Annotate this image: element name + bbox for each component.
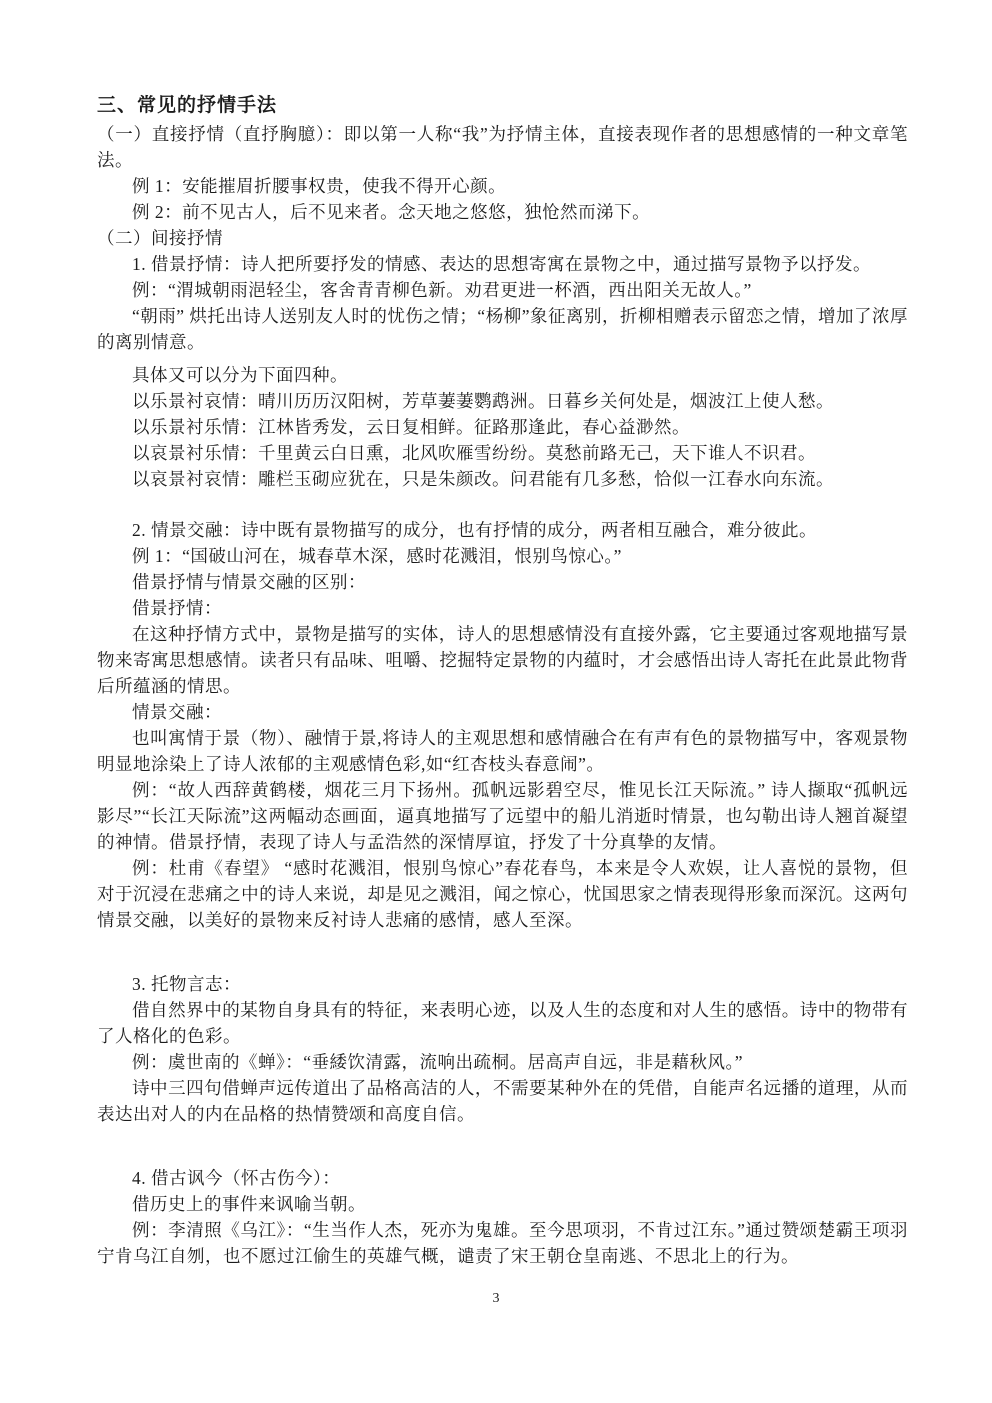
paragraph: 例 2：前不见古人，后不见来者。念天地之悠悠，独怆然而涕下。	[97, 199, 908, 225]
document-page: 三、常见的抒情手法（一）直接抒情（直抒胸臆）：即以第一人称“我”为抒情主体，直接…	[0, 0, 992, 1403]
paragraph: 也叫寓情于景（物）、融情于景,将诗人的主观思想和感情融合在有声有色的景物描写中，…	[97, 725, 908, 777]
spacer	[97, 355, 908, 362]
paragraph: “朝雨” 烘托出诗人送别友人时的忧伤之情；“杨柳”象征离别，折柳相赠表示留恋之情…	[97, 303, 908, 355]
paragraph: 例：杜甫《春望》 “感时花溅泪，恨别鸟惊心”春花春鸟，本来是令人欢娱，让人喜悦的…	[97, 855, 908, 933]
spacer	[97, 1127, 908, 1165]
paragraph: 例 1：安能摧眉折腰事权贵，使我不得开心颜。	[97, 173, 908, 199]
paragraph: 以乐景衬乐情：江林皆秀发，云日复相鲜。征路那逢此，春心益渺然。	[97, 414, 908, 440]
spacer	[97, 933, 908, 971]
paragraph: 具体又可以分为下面四种。	[97, 362, 908, 388]
paragraph: 例：“故人西辞黄鹤楼，烟花三月下扬州。孤帆远影碧空尽，惟见长江天际流。” 诗人撷…	[97, 777, 908, 855]
paragraph: 诗中三四句借蝉声远传道出了品格高洁的人，不需要某种外在的凭借，自能声名远播的道理…	[97, 1075, 908, 1127]
paragraph: 在这种抒情方式中，景物是描写的实体，诗人的思想感情没有直接外露，它主要通过客观地…	[97, 621, 908, 699]
document-title: 三、常见的抒情手法	[97, 91, 908, 121]
paragraph: 借历史上的事件来讽喻当朝。	[97, 1191, 908, 1217]
paragraph: 例：虞世南的《蝉》：“垂緌饮清露，流响出疏桐。居高声自远，非是藉秋风。”	[97, 1049, 908, 1075]
paragraph: 例：“渭城朝雨浥轻尘，客舍青青柳色新。劝君更进一杯酒，西出阳关无故人。”	[97, 277, 908, 303]
page-number: 3	[0, 1291, 992, 1307]
paragraph: （二）间接抒情	[97, 225, 908, 251]
paragraph: 借景抒情与情景交融的区别：	[97, 569, 908, 595]
paragraph: 4. 借古讽今（怀古伤今）：	[97, 1165, 908, 1191]
paragraph: 情景交融：	[97, 699, 908, 725]
paragraph: 1. 借景抒情：诗人把所要抒发的情感、表达的思想寄寓在景物之中，通过描写景物予以…	[97, 251, 908, 277]
paragraph: 2. 情景交融：诗中既有景物描写的成分，也有抒情的成分，两者相互融合，难分彼此。	[97, 517, 908, 543]
paragraph: 以哀景衬哀情：雕栏玉砌应犹在，只是朱颜改。问君能有几多愁，恰似一江春水向东流。	[97, 466, 908, 492]
spacer	[97, 492, 908, 517]
document-body: 三、常见的抒情手法（一）直接抒情（直抒胸臆）：即以第一人称“我”为抒情主体，直接…	[97, 91, 908, 1269]
paragraph: 借景抒情：	[97, 595, 908, 621]
paragraph: （一）直接抒情（直抒胸臆）：即以第一人称“我”为抒情主体，直接表现作者的思想感情…	[97, 121, 908, 173]
paragraph: 借自然界中的某物自身具有的特征，来表明心迹，以及人生的态度和对人生的感悟。诗中的…	[97, 997, 908, 1049]
paragraph: 3. 托物言志：	[97, 971, 908, 997]
paragraph: 以哀景衬乐情：千里黄云白日熏，北风吹雁雪纷纷。莫愁前路无己，天下谁人不识君。	[97, 440, 908, 466]
paragraph: 例 1：“国破山河在，城春草木深，感时花溅泪，恨别鸟惊心。”	[97, 543, 908, 569]
paragraph: 例：李清照《乌江》：“生当作人杰，死亦为鬼雄。至今思项羽，不肯过江东。”通过赞颂…	[97, 1217, 908, 1269]
paragraph: 以乐景衬哀情：晴川历历汉阳树，芳草萋萋鹦鹉洲。日暮乡关何处是，烟波江上使人愁。	[97, 388, 908, 414]
